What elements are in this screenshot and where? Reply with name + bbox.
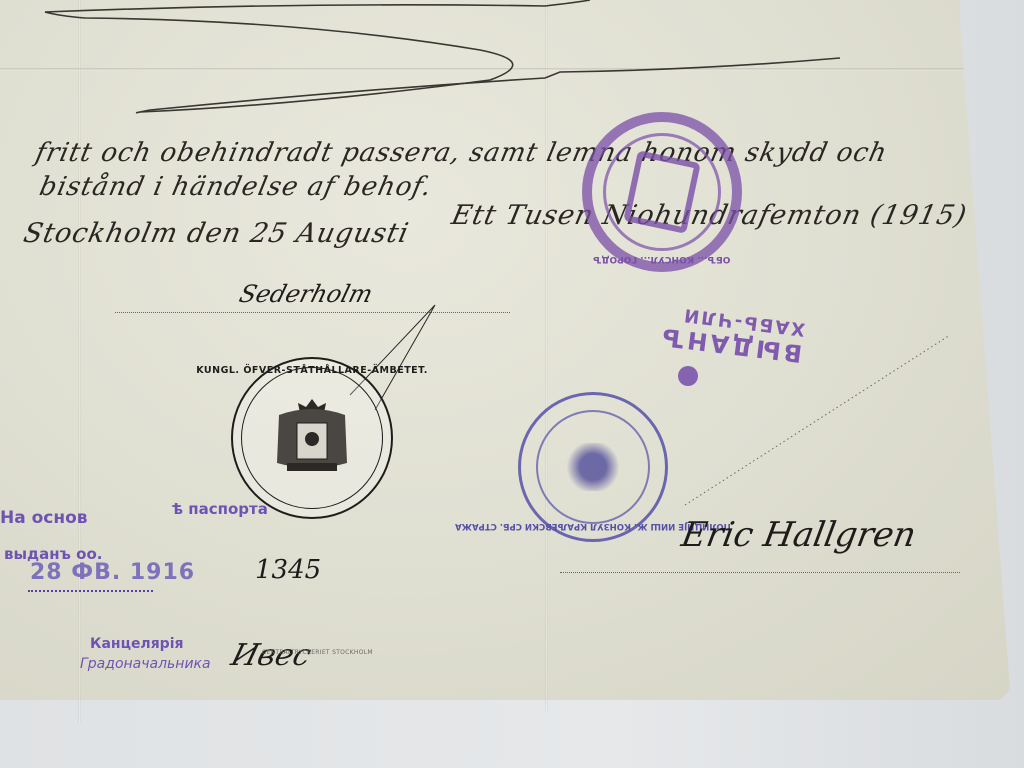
ru-stamp-office-line2: Градоначальника — [80, 656, 211, 672]
seal-text: KUNGL. ÖFVER-STÅTHÅLLARE-ÄMBETET. — [196, 365, 428, 376]
signature-line — [560, 572, 960, 573]
flourish-ornament — [0, 0, 1010, 130]
signature-hallgren: Eric Hallgren — [678, 515, 919, 555]
place-date-line: Stockholm den 25 Augusti — [21, 218, 412, 249]
printer-mark: CENTRALTRYCKERIET STOCKHOLM — [262, 649, 373, 656]
ru-stamp-number: 1345 — [255, 555, 321, 585]
eagle-emblem-icon — [564, 443, 622, 491]
coat-of-arms-icon — [267, 393, 357, 483]
ru-stamp-line1-left: На основ — [0, 508, 88, 528]
document-paper: fritt och obehindradt passera, samt lemn… — [0, 0, 1010, 700]
ru-stamp-office: Канцелярiя — [90, 636, 184, 652]
ru-stamp-line1-right: ѣ паспорта — [172, 500, 268, 518]
violet-consulate-stamp: ОБЪ... КОНСУЛ... ГОРОДЪ — [582, 112, 742, 272]
body-text-line-1: fritt och obehindradt passera, samt lemn… — [33, 138, 890, 168]
emblem-icon — [623, 150, 701, 234]
dotted-diagonal-line — [680, 330, 960, 510]
swedish-official-seal: KUNGL. ÖFVER-STÅTHÅLLARE-ÄMBETET. — [231, 357, 393, 519]
body-text-line-2: bistånd i händelse af behof. — [37, 172, 435, 202]
ru-stamp-date: 28 ФВ. 1916 — [30, 560, 195, 585]
signature-line — [115, 312, 510, 313]
stamp-text: ОБЪ... КОНСУЛ... ГОРОДЪ — [593, 254, 730, 264]
date-underline — [28, 590, 153, 592]
police-consulate-stamp: ПОЛИЦИЈЕ ИИШ Ж. КОНЗУЛ КРАЉЕВСКИ СРБ. СТ… — [518, 392, 668, 542]
